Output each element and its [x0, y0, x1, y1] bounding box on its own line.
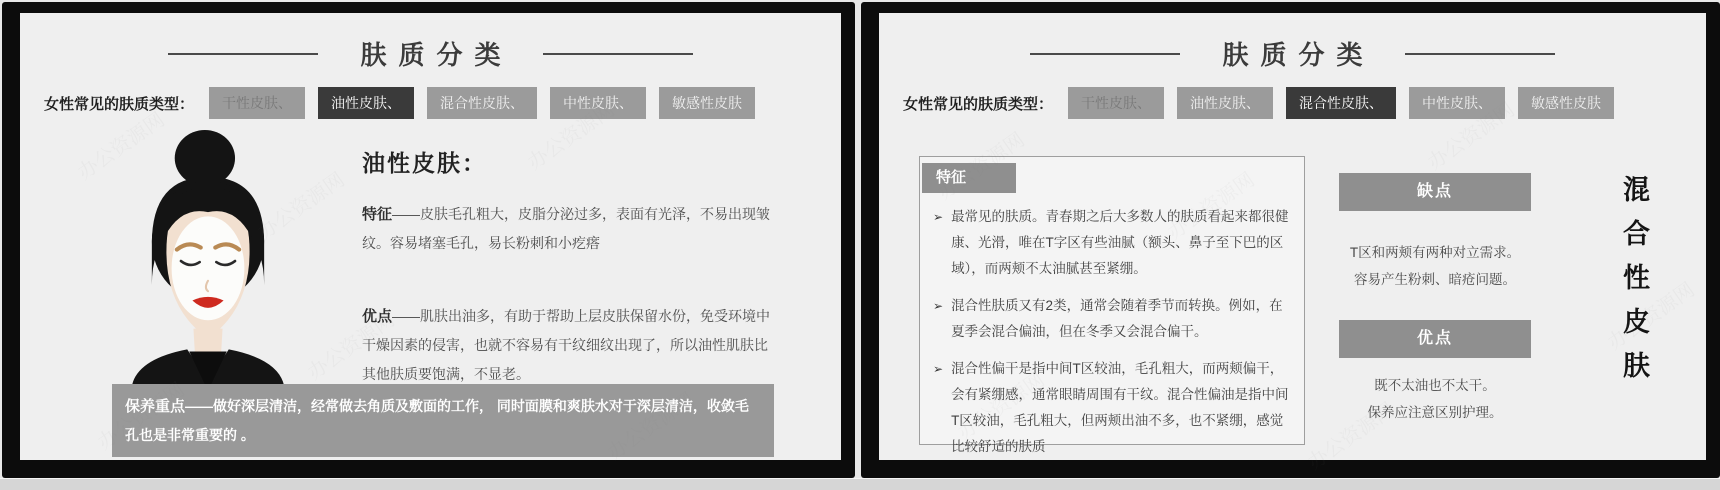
- title-divider-left: [168, 53, 318, 55]
- feature-bullet-list: ➢ 最常见的肤质。青春期之后大多数人的肤质看起来都很健康、光滑，唯在T字区有些油…: [920, 193, 1304, 460]
- woman-face-illustration-svg: [104, 129, 312, 391]
- bottom-strip: [0, 478, 1720, 490]
- care-tips-text: ——做好深层清洁，经常做去角质及敷面的工作， 同时面膜和爽肤水对于深层清洁，收敛…: [125, 398, 749, 443]
- slide-oily-skin: 肤质分类 女性常见的肤质类型： 干性皮肤、 油性皮肤、 混合性皮肤、 中性皮肤、…: [2, 2, 855, 478]
- chip-neutral-skin[interactable]: 中性皮肤、: [550, 87, 646, 119]
- chip-combination-skin[interactable]: 混合性皮肤、: [427, 87, 537, 119]
- feature-label: 特征: [362, 206, 392, 223]
- slide-title-row: 肤质分类: [20, 35, 841, 72]
- feature-box-header: 特征: [922, 163, 1016, 193]
- skin-type-row: 女性常见的肤质类型： 干性皮肤、 油性皮肤、 混合性皮肤、 中性皮肤、 敏感性皮…: [903, 87, 1696, 119]
- title-divider-left: [1030, 53, 1180, 55]
- advantage-text: ——肌肤出油多，有助于帮助上层皮肤保留水份，免受环境中干燥因素的侵害，也就不容易…: [362, 308, 770, 382]
- chip-sensitive-skin[interactable]: 敏感性皮肤: [659, 87, 755, 119]
- slide-combination-skin-canvas: 肤质分类 女性常见的肤质类型： 干性皮肤、 油性皮肤、 混合性皮肤、 中性皮肤、…: [879, 13, 1706, 460]
- cons-header: 缺点: [1339, 173, 1531, 211]
- skin-type-row: 女性常见的肤质类型： 干性皮肤、 油性皮肤、 混合性皮肤、 中性皮肤、 敏感性皮…: [44, 87, 831, 119]
- skin-type-row-label: 女性常见的肤质类型：: [44, 93, 194, 114]
- oily-skin-text-column: 油性皮肤： 特征——皮肤毛孔粗大，皮脂分泌过多，表面有光泽，不易出现皱纹。容易堵…: [362, 145, 776, 389]
- pros-header: 优点: [1339, 320, 1531, 358]
- slide-title-row: 肤质分类: [879, 35, 1706, 72]
- woman-face-mask-illustration: [104, 129, 312, 391]
- list-item: ➢ 混合性肤质又有2类，通常会随着季节而转换。例如，在夏季会混合偏油，但在冬季又…: [933, 293, 1290, 345]
- arrow-bullet-icon: ➢: [933, 293, 943, 345]
- slide-combination-skin: 肤质分类 女性常见的肤质类型： 干性皮肤、 油性皮肤、 混合性皮肤、 中性皮肤、…: [861, 2, 1720, 478]
- chip-dry-skin[interactable]: 干性皮肤、: [1068, 87, 1164, 119]
- advantage-label: 优点: [362, 308, 392, 325]
- skin-type-row-label: 女性常见的肤质类型：: [903, 93, 1053, 114]
- list-item: ➢ 最常见的肤质。青春期之后大多数人的肤质看起来都很健康、光滑，唯在T字区有些油…: [933, 204, 1290, 282]
- pros-cons-column: 缺点 T区和两颊有两种对立需求。 容易产生粉刺、暗疮问题。 优点 既不太油也不太…: [1331, 13, 1539, 460]
- pros-line: 既不太油也不太干。: [1331, 372, 1539, 399]
- cons-text: T区和两颊有两种对立需求。 容易产生粉刺、暗疮问题。: [1331, 239, 1539, 293]
- list-item: ➢ 混合性偏干是指中间T区较油，毛孔粗大，而两颊偏干，会有紧绷感，通常眼睛周围有…: [933, 356, 1290, 460]
- title-divider-right: [543, 53, 693, 55]
- arrow-bullet-icon: ➢: [933, 356, 943, 460]
- bullet-text: 混合性偏干是指中间T区较油，毛孔粗大，而两颊偏干，会有紧绷感，通常眼睛周围有干纹…: [951, 356, 1290, 460]
- chip-oily-skin[interactable]: 油性皮肤、: [318, 87, 414, 119]
- oily-skin-heading: 油性皮肤：: [362, 145, 776, 178]
- vertical-section-title: 混合性皮肤: [1615, 175, 1654, 460]
- feature-paragraph: 特征——皮肤毛孔粗大，皮脂分泌过多，表面有光泽，不易出现皱纹。容易堵塞毛孔，易长…: [362, 200, 776, 258]
- care-tips-bar: 保养重点——做好深层清洁，经常做去角质及敷面的工作， 同时面膜和爽肤水对于深层清…: [112, 384, 774, 457]
- care-tips-label: 保养重点: [125, 398, 185, 415]
- feature-text: ——皮肤毛孔粗大，皮脂分泌过多，表面有光泽，不易出现皱纹。容易堵塞毛孔，易长粉刺…: [362, 206, 770, 251]
- feature-box: 特征 ➢ 最常见的肤质。青春期之后大多数人的肤质看起来都很健康、光滑，唯在T字区…: [919, 156, 1305, 445]
- slide-oily-skin-canvas: 肤质分类 女性常见的肤质类型： 干性皮肤、 油性皮肤、 混合性皮肤、 中性皮肤、…: [20, 13, 841, 460]
- bullet-text: 最常见的肤质。青春期之后大多数人的肤质看起来都很健康、光滑，唯在T字区有些油腻（…: [951, 204, 1290, 282]
- advantage-paragraph: 优点——肌肤出油多，有助于帮助上层皮肤保留水份，免受环境中干燥因素的侵害，也就不…: [362, 302, 776, 389]
- pros-text: 既不太油也不太干。 保养应注意区别护理。: [1331, 372, 1539, 426]
- pros-line: 保养应注意区别护理。: [1331, 399, 1539, 426]
- bullet-text: 混合性肤质又有2类，通常会随着季节而转换。例如，在夏季会混合偏油，但在冬季又会混…: [951, 293, 1290, 345]
- chip-dry-skin[interactable]: 干性皮肤、: [209, 87, 305, 119]
- cons-line: 容易产生粉刺、暗疮问题。: [1331, 266, 1539, 293]
- page-title: 肤质分类: [348, 35, 512, 72]
- arrow-bullet-icon: ➢: [933, 204, 943, 282]
- chip-oily-skin[interactable]: 油性皮肤、: [1177, 87, 1273, 119]
- cons-line: T区和两颊有两种对立需求。: [1331, 239, 1539, 266]
